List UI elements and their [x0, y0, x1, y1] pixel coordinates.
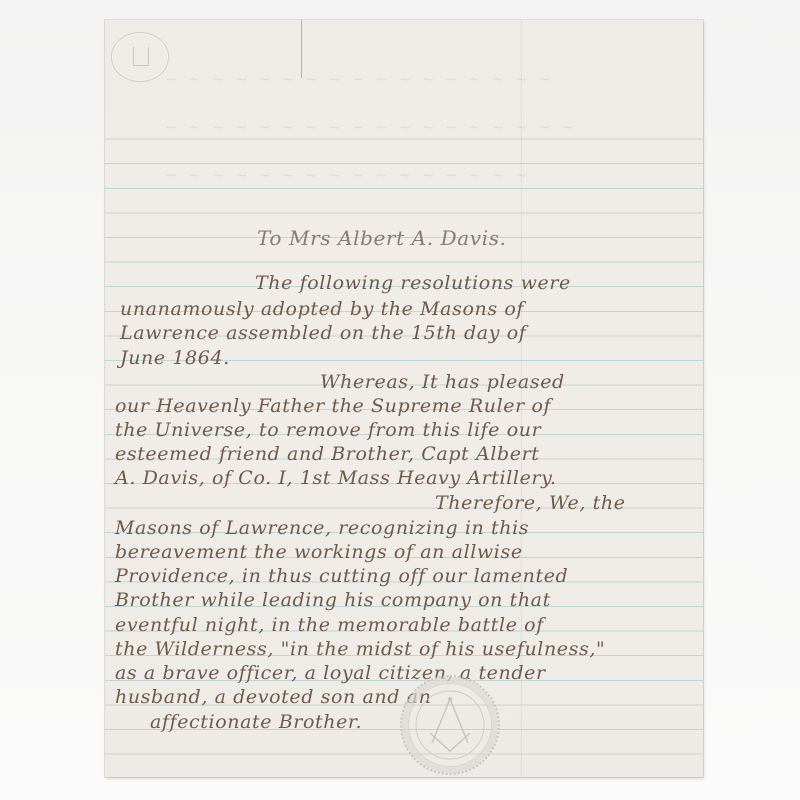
bleed-through-text: ~ ~ ~ ~ ~ ~ ~ ~ ~ ~ ~ ~ ~ ~ ~ ~ ~	[165, 70, 643, 88]
text-line: the Wilderness, "in the midst of his use…	[115, 637, 605, 661]
text-line: Brother while leading his company on tha…	[115, 588, 551, 612]
text-line: Therefore, We, the	[435, 491, 626, 515]
text-line: eventful night, in the memorable battle …	[115, 613, 544, 637]
text-line: bereavement the workings of an allwise	[115, 540, 523, 564]
masonic-seal-icon	[400, 675, 500, 775]
bleed-through-text: ~ ~ ~ ~ ~ ~ ~ ~ ~ ~ ~ ~ ~ ~ ~ ~ ~ ~	[165, 118, 643, 136]
text-line: Providence, in thus cutting off our lame…	[115, 564, 568, 588]
text-line: esteemed friend and Brother, Capt Albert	[115, 442, 540, 466]
bleed-through-text: ~ ~ ~ ~ ~ ~ ~ ~ ~ ~ ~ ~ ~ ~ ~ ~	[165, 166, 643, 184]
salutation: To Mrs Albert A. Davis.	[257, 226, 507, 250]
text-line: Masons of Lawrence, recognizing in this	[115, 516, 529, 540]
text-line: The following resolutions were	[255, 271, 571, 295]
letter-paper: ~ ~ ~ ~ ~ ~ ~ ~ ~ ~ ~ ~ ~ ~ ~ ~ ~ ~ ~ ~ …	[105, 20, 703, 777]
text-line: unanamously adopted by the Masons of	[120, 297, 524, 321]
text-line: Lawrence assembled on the 15th day of	[120, 321, 526, 345]
stationery-emboss-icon	[111, 32, 169, 82]
text-line: the Universe, to remove from this life o…	[115, 418, 541, 442]
text-line: June 1864.	[120, 346, 230, 370]
text-line: our Heavenly Father the Supreme Ruler of	[115, 394, 551, 418]
text-line: husband, a devoted son and an	[115, 685, 431, 709]
text-line: affectionate Brother.	[150, 710, 362, 734]
photo-background: ~ ~ ~ ~ ~ ~ ~ ~ ~ ~ ~ ~ ~ ~ ~ ~ ~ ~ ~ ~ …	[0, 0, 800, 800]
text-line: A. Davis, of Co. I, 1st Mass Heavy Artil…	[115, 466, 557, 490]
text-line: Whereas, It has pleased	[320, 370, 565, 394]
